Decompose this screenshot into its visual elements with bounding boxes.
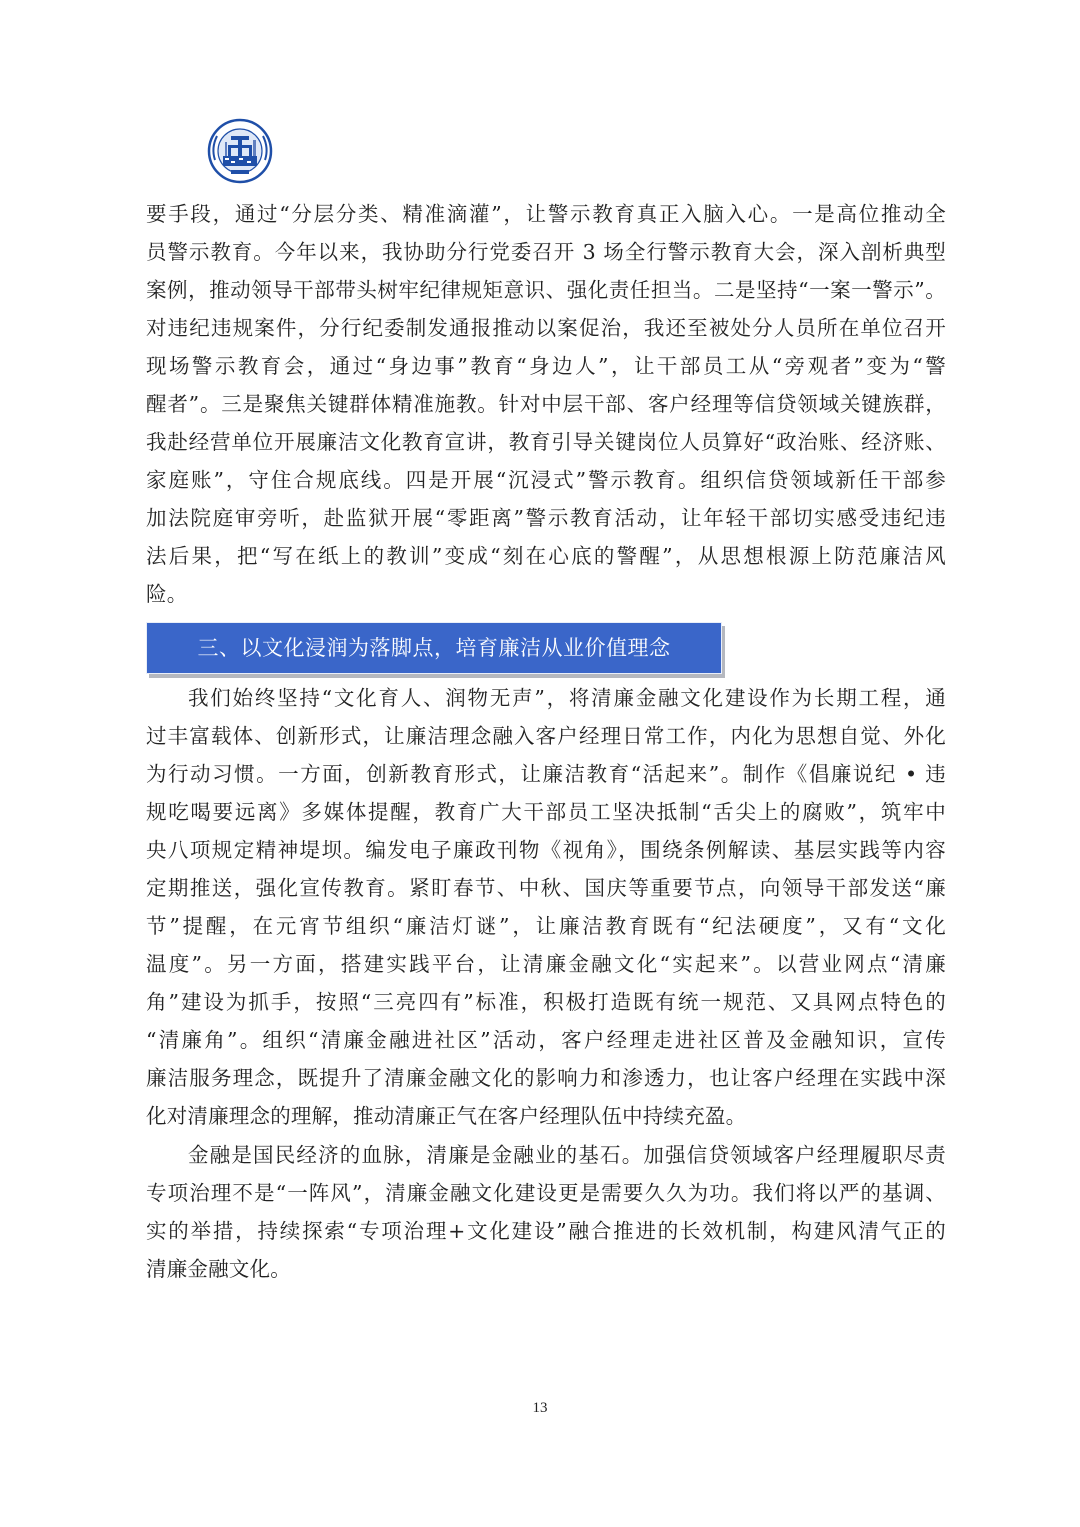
text-line: 员警示教育。今年以来，我协助分行党委召开 3 场全行警示教育大会，深入剖析典型 bbox=[146, 233, 946, 271]
text-line: 险。 bbox=[146, 575, 946, 613]
text-line: 家庭账”，守住合规底线。四是开展“沉浸式”警示教育。组织信贷领域新任干部参 bbox=[146, 461, 946, 499]
text-line: 对违纪违规案件，分行纪委制发通报推动以案促治，我还至被处分人员所在单位召开 bbox=[146, 309, 946, 347]
bank-logo bbox=[201, 118, 279, 184]
paragraph-2: 我们始终坚持“文化育人、润物无声”，将清廉金融文化建设作为长期工程，通 过丰富载… bbox=[146, 679, 946, 1135]
paragraph-3: 金融是国民经济的血脉，清廉是金融业的基石。加强信贷领域客户经理履职尽责 专项治理… bbox=[146, 1136, 946, 1288]
text-line: 节”提醒，在元宵节组织“廉洁灯谜”，让廉洁教育既有“纪法硬度”，又有“文化 bbox=[146, 907, 946, 945]
text-line: 加法院庭审旁听，赴监狱开展“零距离”警示教育活动，让年轻干部切实感受违纪违 bbox=[146, 499, 946, 537]
paragraph-1: 要手段，通过“分层分类、精准滴灌”，让警示教育真正入脑入心。一是高位推动全 员警… bbox=[146, 195, 946, 613]
text-line: 我赴经营单位开展廉洁文化教育宣讲，教育引导关键岗位人员算好“政治账、经济账、 bbox=[146, 423, 946, 461]
text-line: “清廉角”。组织“清廉金融进社区”活动，客户经理走进社区普及金融知识，宣传 bbox=[146, 1021, 946, 1059]
text-line: 金融是国民经济的血脉，清廉是金融业的基石。加强信贷领域客户经理履职尽责 bbox=[146, 1136, 946, 1174]
text-line: 为行动习惯。一方面，创新教育形式，让廉洁教育“活起来”。制作《倡廉说纪 • 违 bbox=[146, 755, 946, 793]
section-heading-banner: 三、以文化浸润为落脚点，培育廉洁从业价值理念 bbox=[146, 622, 722, 674]
text-line: 现场警示教育会，通过“身边事”教育“身边人”，让干部员工从“旁观者”变为“警 bbox=[146, 347, 946, 385]
text-line: 过丰富载体、创新形式，让廉洁理念融入客户经理日常工作，内化为思想自觉、外化 bbox=[146, 717, 946, 755]
text-line: 定期推送，强化宣传教育。紧盯春节、中秋、国庆等重要节点，向领导干部发送“廉 bbox=[146, 869, 946, 907]
text-line: 案例，推动领导干部带头树牢纪律规矩意识、强化责任担当。二是坚持“一案一警示”。 bbox=[146, 271, 946, 309]
text-line: 实的举措，持续探索“专项治理+文化建设”融合推进的长效机制，构建风清气正的 bbox=[146, 1212, 946, 1250]
text-line: 我们始终坚持“文化育人、润物无声”，将清廉金融文化建设作为长期工程，通 bbox=[146, 679, 946, 717]
text-line: 规吃喝要远离》多媒体提醒，教育广大干部员工坚决抵制“舌尖上的腐败”，筑牢中 bbox=[146, 793, 946, 831]
page-number: 13 bbox=[520, 1400, 560, 1417]
bank-emblem-icon bbox=[201, 118, 279, 184]
section-heading: 三、以文化浸润为落脚点，培育廉洁从业价值理念 bbox=[147, 623, 721, 673]
text-line: 角”建设为抓手，按照“三亮四有”标准，积极打造既有统一规范、又具网点特色的 bbox=[146, 983, 946, 1021]
text-line: 专项治理不是“一阵风”，清廉金融文化建设更是需要久久为功。我们将以严的基调、 bbox=[146, 1174, 946, 1212]
text-line: 法后果，把“写在纸上的教训”变成“刻在心底的警醒”，从思想根源上防范廉洁风 bbox=[146, 537, 946, 575]
text-line: 央八项规定精神堤坝。编发电子廉政刊物《视角》，围绕条例解读、基层实践等内容 bbox=[146, 831, 946, 869]
text-line: 化对清廉理念的理解，推动清廉正气在客户经理队伍中持续充盈。 bbox=[146, 1097, 946, 1135]
text-line: 要手段，通过“分层分类、精准滴灌”，让警示教育真正入脑入心。一是高位推动全 bbox=[146, 195, 946, 233]
text-line: 醒者”。三是聚焦关键群体精准施教。针对中层干部、客户经理等信贷领域关键族群， bbox=[146, 385, 946, 423]
text-line: 温度”。另一方面，搭建实践平台，让清廉金融文化“实起来”。以营业网点“清廉 bbox=[146, 945, 946, 983]
text-line: 清廉金融文化。 bbox=[146, 1250, 946, 1288]
text-line: 廉洁服务理念，既提升了清廉金融文化的影响力和渗透力，也让客户经理在实践中深 bbox=[146, 1059, 946, 1097]
